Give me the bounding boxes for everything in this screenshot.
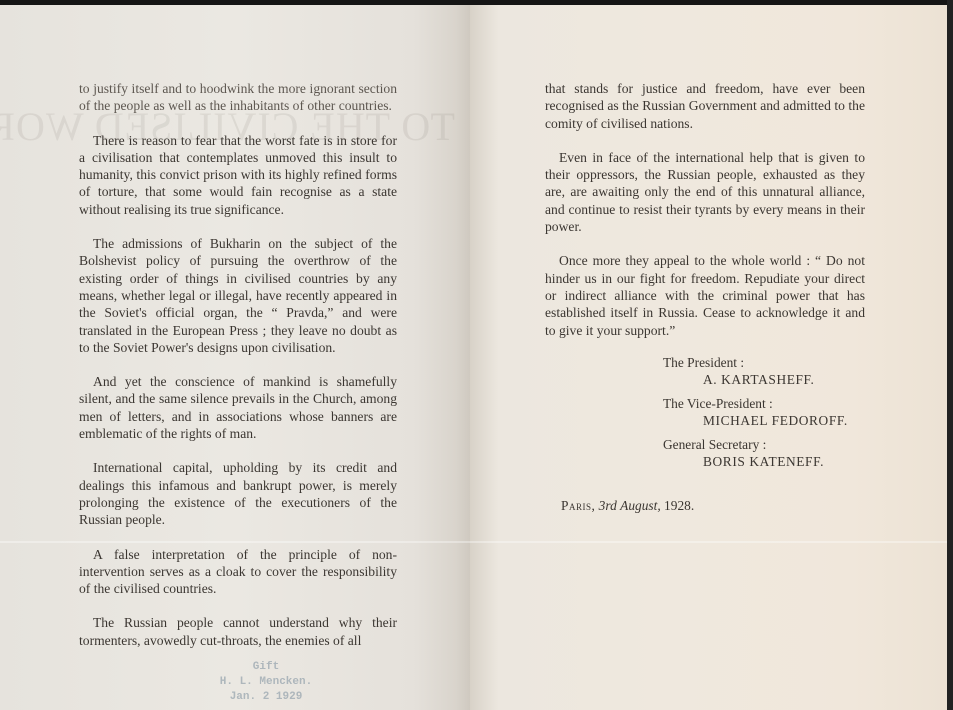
signature-name: A. KARTASHEFF. bbox=[663, 371, 893, 388]
signature-general-secretary: General Secretary : BORIS KATENEFF. bbox=[663, 436, 893, 470]
paragraph: International capital, upholding by its … bbox=[79, 459, 397, 528]
fold-crease bbox=[470, 541, 948, 543]
left-page-text: to justify itself and to hoodwink the mo… bbox=[79, 80, 397, 666]
paragraph: Once more they appeal to the whole world… bbox=[545, 252, 865, 338]
paragraph: to justify itself and to hoodwink the mo… bbox=[79, 80, 397, 115]
dateline-city: Paris, bbox=[561, 498, 595, 513]
signature-vice-president: The Vice-President : MICHAEL FEDOROFF. bbox=[663, 395, 893, 429]
stamp-line: Gift bbox=[196, 660, 336, 675]
paragraph: that stands for justice and freedom, hav… bbox=[545, 80, 865, 132]
signature-president: The President : A. KARTASHEFF. bbox=[663, 354, 893, 388]
signature-role: The President : bbox=[663, 354, 893, 371]
dateline-day: 3rd bbox=[599, 498, 617, 513]
paragraph: The Russian people cannot understand why… bbox=[79, 614, 397, 649]
signature-name: BORIS KATENEFF. bbox=[663, 453, 893, 470]
paragraph: A false interpretation of the principle … bbox=[79, 546, 397, 598]
stamp-line: Jan. 2 1929 bbox=[196, 690, 336, 705]
signature-block: The President : A. KARTASHEFF. The Vice-… bbox=[663, 354, 893, 477]
paragraph: There is reason to fear that the worst f… bbox=[79, 132, 397, 218]
right-page-text: that stands for justice and freedom, hav… bbox=[545, 80, 865, 356]
dateline-year: 1928. bbox=[664, 498, 694, 513]
paragraph: Even in face of the international help t… bbox=[545, 149, 865, 235]
signature-role: The Vice-President : bbox=[663, 395, 893, 412]
library-gift-stamp: Gift H. L. Mencken. Jan. 2 1929 bbox=[196, 660, 336, 705]
paragraph: The admissions of Bukharin on the subjec… bbox=[79, 235, 397, 356]
paragraph: And yet the conscience of mankind is sha… bbox=[79, 373, 397, 442]
signature-name: MICHAEL FEDOROFF. bbox=[663, 412, 893, 429]
dateline: Paris, 3rd August, 1928. bbox=[561, 498, 694, 514]
signature-role: General Secretary : bbox=[663, 436, 893, 453]
scan-right-edge bbox=[947, 0, 953, 710]
stamp-line: H. L. Mencken. bbox=[196, 675, 336, 690]
dateline-month: August, bbox=[620, 498, 661, 513]
